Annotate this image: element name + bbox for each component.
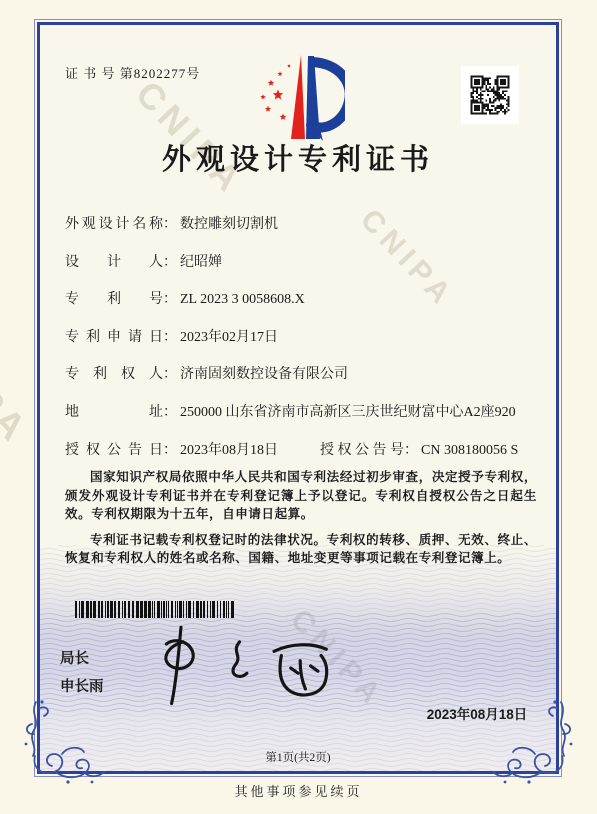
field-label: 外观设计名称 bbox=[65, 213, 163, 233]
certificate-frame: CNIPA CNIPA CNIPA 证 书 号 第8202277号 外观设计专利… bbox=[37, 22, 559, 774]
colon: ： bbox=[163, 217, 177, 232]
field-grant-number: 授权公告号：CN 308180056 S bbox=[320, 439, 518, 459]
field-label: 授权公告号 bbox=[320, 439, 404, 459]
issue-date: 2023年08月18日 bbox=[392, 703, 562, 723]
field-label: 设计人 bbox=[65, 251, 163, 271]
qr-code bbox=[461, 66, 519, 124]
field-designer: 设计人：纪昭婵 bbox=[65, 251, 222, 271]
signer-block: 局长 申长雨 bbox=[60, 645, 104, 701]
continuation-note: 其他事项参见续页 bbox=[0, 781, 597, 800]
field-filing-date: 专利申请日：2023年02月17日 bbox=[65, 326, 278, 346]
field-label: 专利申请日 bbox=[65, 326, 163, 346]
field-label: 授权公告日 bbox=[65, 439, 163, 459]
colon: ： bbox=[163, 367, 177, 382]
colon: ： bbox=[163, 405, 177, 420]
field-patentee: 专利权人：济南固刻数控设备有限公司 bbox=[65, 363, 348, 383]
colon: ： bbox=[404, 443, 418, 458]
field-address: 地址：250000 山东省济南市高新区三庆世纪财富中心A2座920 bbox=[65, 401, 516, 421]
field-value: 250000 山东省济南市高新区三庆世纪财富中心A2座920 bbox=[180, 405, 516, 420]
legal-paragraph: 国家知识产权局依照中华人民共和国专利法经过初步审查，决定授予专利权，颁发外观设计… bbox=[65, 468, 537, 524]
field-value: 数控雕刻切割机 bbox=[180, 217, 278, 232]
logo-stars bbox=[260, 64, 291, 120]
barcode-svg bbox=[75, 601, 235, 618]
field-value: 纪昭婵 bbox=[180, 255, 222, 270]
cnipa-logo bbox=[255, 53, 345, 143]
page-number: 第1页(共2页) bbox=[40, 749, 556, 765]
legal-text: 国家知识产权局依照中华人民共和国专利法经过初步审查，决定授予专利权，颁发外观设计… bbox=[65, 468, 537, 575]
field-value: 2023年08月18日 bbox=[180, 443, 278, 458]
director-signature bbox=[135, 621, 365, 711]
cnipa-watermark: CNIPA bbox=[0, 318, 37, 454]
field-value: CN 308180056 S bbox=[421, 443, 518, 458]
field-design-name: 外观设计名称：数控雕刻切割机 bbox=[65, 213, 278, 233]
field-patent-number: 专利号：ZL 2023 3 0058608.X bbox=[65, 288, 305, 308]
colon: ： bbox=[163, 330, 177, 345]
field-label: 专利号 bbox=[65, 288, 163, 308]
colon: ： bbox=[163, 292, 177, 307]
field-label: 专利权人 bbox=[65, 363, 163, 383]
certificate-title: 外观设计专利证书 bbox=[40, 137, 556, 178]
colon: ： bbox=[163, 443, 177, 458]
certificate-number: 证 书 号 第8202277号 bbox=[65, 63, 200, 82]
qr-code-svg bbox=[463, 68, 517, 122]
barcode bbox=[75, 601, 235, 618]
field-grant-row: 授权公告日：2023年08月18日 授权公告号：CN 308180056 S bbox=[65, 439, 545, 459]
signature-strokes bbox=[135, 621, 365, 710]
field-label: 地址 bbox=[65, 401, 163, 421]
field-value: ZL 2023 3 0058608.X bbox=[180, 292, 305, 307]
patent-certificate-page: { "certificate": { "number": "证 书 号 第820… bbox=[0, 0, 597, 814]
legal-paragraph: 专利证书记载专利权登记时的法律状况。专利权的转移、质押、无效、终止、恢复和专利权… bbox=[65, 531, 537, 568]
cnipa-watermark: CNIPA bbox=[353, 203, 460, 315]
colon: ： bbox=[163, 255, 177, 270]
signer-name: 申长雨 bbox=[60, 673, 104, 701]
field-value: 2023年02月17日 bbox=[180, 330, 278, 345]
cnipa-logo-graphic bbox=[255, 53, 345, 141]
field-value: 济南固刻数控设备有限公司 bbox=[180, 367, 348, 382]
signer-title: 局长 bbox=[60, 645, 104, 673]
